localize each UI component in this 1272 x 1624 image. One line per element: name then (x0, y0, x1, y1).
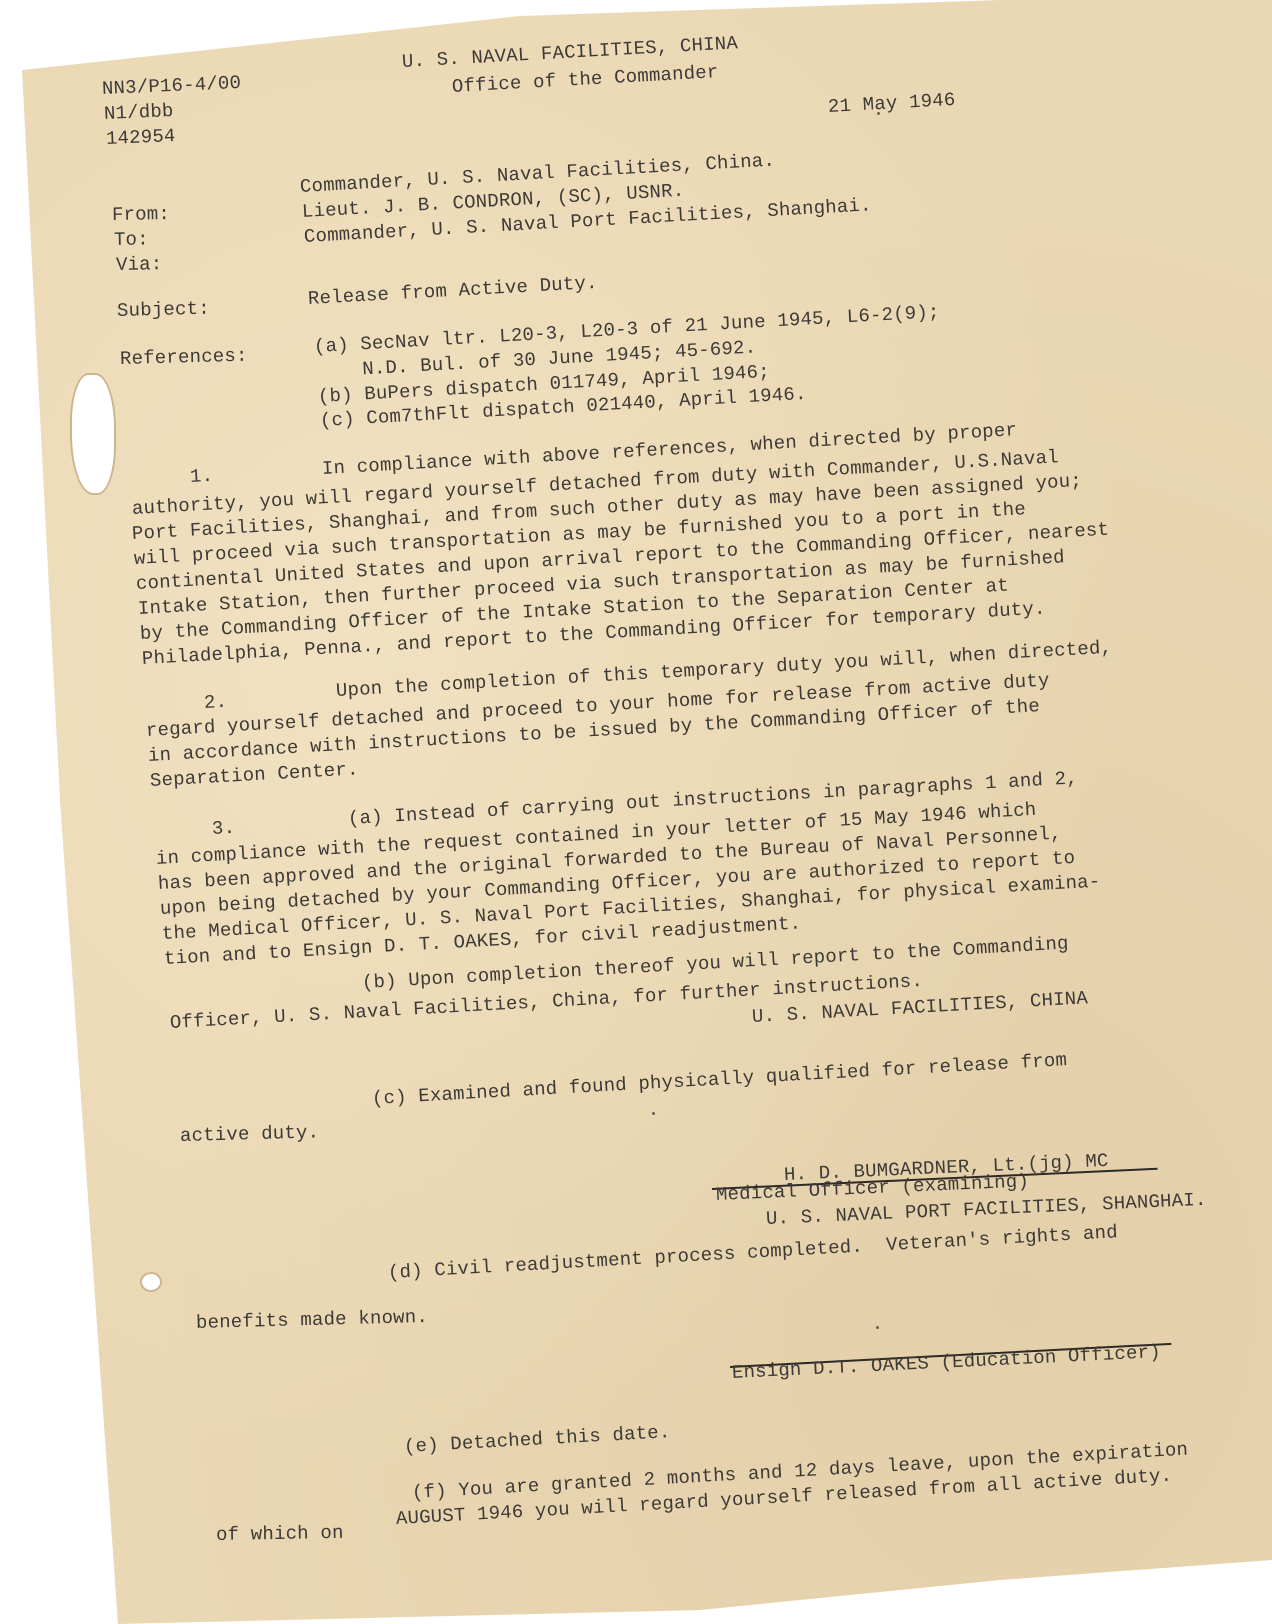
ink-speck (877, 112, 880, 115)
paragraph-2-number: 2. (203, 691, 227, 714)
file-ref-2: N1/dbb (104, 100, 175, 125)
ink-speck (876, 1326, 879, 1329)
paragraph-3f-prefix: of which on (216, 1522, 344, 1546)
references-label: References: (120, 345, 248, 370)
subject-label: Subject: (117, 298, 210, 322)
ink-speck (652, 1112, 655, 1115)
punch-hole (140, 1272, 162, 1292)
file-ref-3: 142954 (106, 125, 177, 150)
via-label: Via: (116, 253, 163, 276)
torn-hole (70, 373, 116, 495)
paragraph-3-number: 3. (211, 817, 235, 840)
paragraph-1-number: 1. (189, 465, 213, 488)
to-label: To: (114, 228, 149, 251)
paragraph-3c-line: active duty. (180, 1121, 320, 1147)
from-label: From: (112, 203, 170, 226)
